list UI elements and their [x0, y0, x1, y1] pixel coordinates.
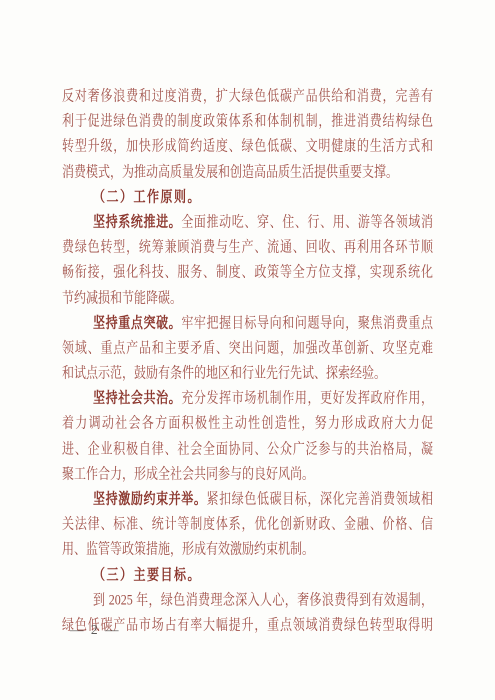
- bold-lead-phrase: 坚持系统推进。: [93, 213, 181, 230]
- bold-lead-phrase: 坚持重点突破。: [93, 314, 181, 331]
- bold-lead-phrase: 坚持激励约束并举。: [93, 490, 207, 507]
- bold-lead-phrase: （三）主要目标。: [93, 566, 201, 583]
- page-number: — 2 —: [70, 622, 121, 638]
- page-content: 反对奢侈浪费和过度消费，扩大绿色低碳产品供给和消费，完善有利于促进绿色消费的制度…: [62, 84, 433, 638]
- bold-lead-phrase: 坚持社会共治。: [93, 390, 181, 407]
- bold-lead-phrase: （二）工作原则。: [93, 188, 201, 205]
- scanned-document-page: 反对奢侈浪费和过度消费，扩大绿色低碳产品供给和消费，完善有利于促进绿色消费的制度…: [0, 0, 495, 700]
